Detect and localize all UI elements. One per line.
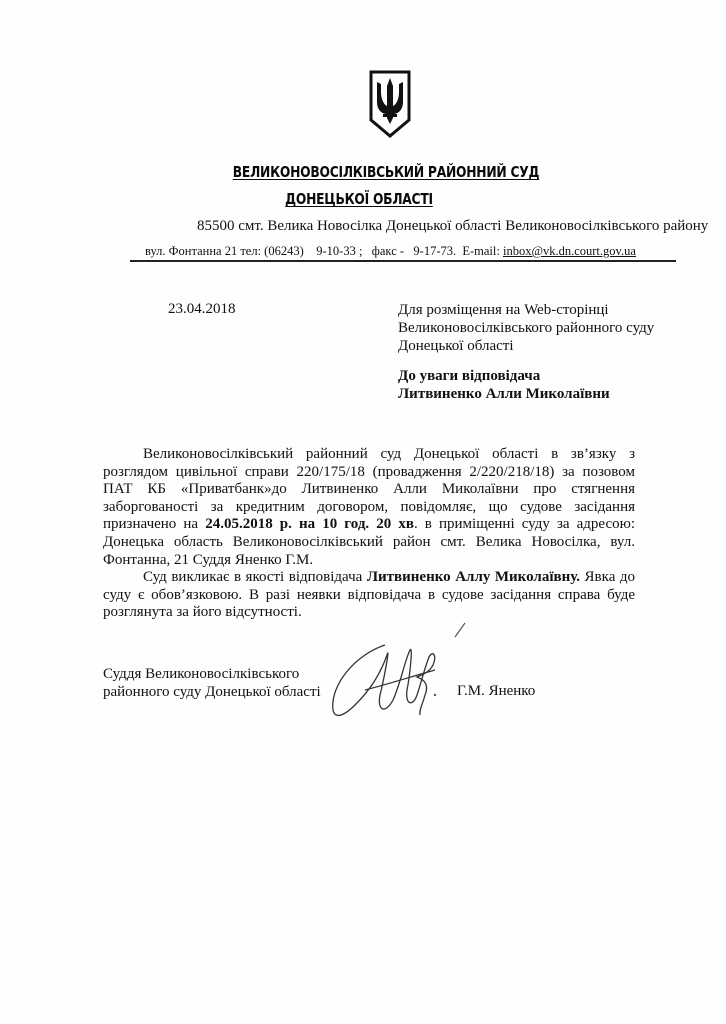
placement-line1: Для розміщення на Web-сторінці [398, 301, 654, 319]
attention-line2: Литвиненко Алли Миколаївни [398, 385, 610, 403]
document-date: 23.04.2018 [168, 301, 236, 318]
ukraine-trident-emblem-icon [369, 70, 411, 138]
attention-line1: До уваги відповідача [398, 367, 610, 385]
header-divider [130, 260, 676, 262]
hearing-datetime: 24.05.2018 р. на 10 год. 20 хв [205, 516, 414, 532]
notice-body: Великоновосілківський районний суд Донец… [103, 446, 635, 622]
attention-block: До уваги відповідача Литвиненко Алли Мик… [398, 367, 610, 403]
court-name-line1: ВЕЛИКОНОВОСІЛКІВСЬКИЙ РАЙОННИЙ СУД [88, 163, 683, 181]
email-link[interactable]: inbox@vk.dn.court.gov.ua [503, 244, 636, 258]
handwritten-signature-icon [325, 615, 475, 725]
placement-note: Для розміщення на Web-сторінці Великонов… [398, 301, 654, 355]
court-address: 85500 смт. Велика Новосілка Донецької об… [197, 218, 708, 235]
placement-line2: Великоновосілківського районного суду [398, 319, 654, 337]
court-notice-document: ВЕЛИКОНОВОСІЛКІВСЬКИЙ РАЙОННИЙ СУД ДОНЕЦ… [0, 0, 726, 1024]
court-name-line2: ДОНЕЦЬКОЇ ОБЛАСТІ [61, 190, 656, 208]
placement-line3: Донецької області [398, 337, 654, 355]
notice-paragraph-1: Великоновосілківський районний суд Донец… [103, 446, 635, 569]
judge-title: Суддя Великоновосілківського районного с… [103, 665, 321, 701]
contacts-text: вул. Фонтанна 21 тел: (06243) 9-10-33 ; … [145, 244, 503, 258]
judge-name: Г.М. Яненко [457, 683, 535, 700]
defendant-name: Литвиненко Аллу Миколаївну. [367, 569, 580, 585]
court-contacts: вул. Фонтанна 21 тел: (06243) 9-10-33 ; … [145, 244, 636, 259]
